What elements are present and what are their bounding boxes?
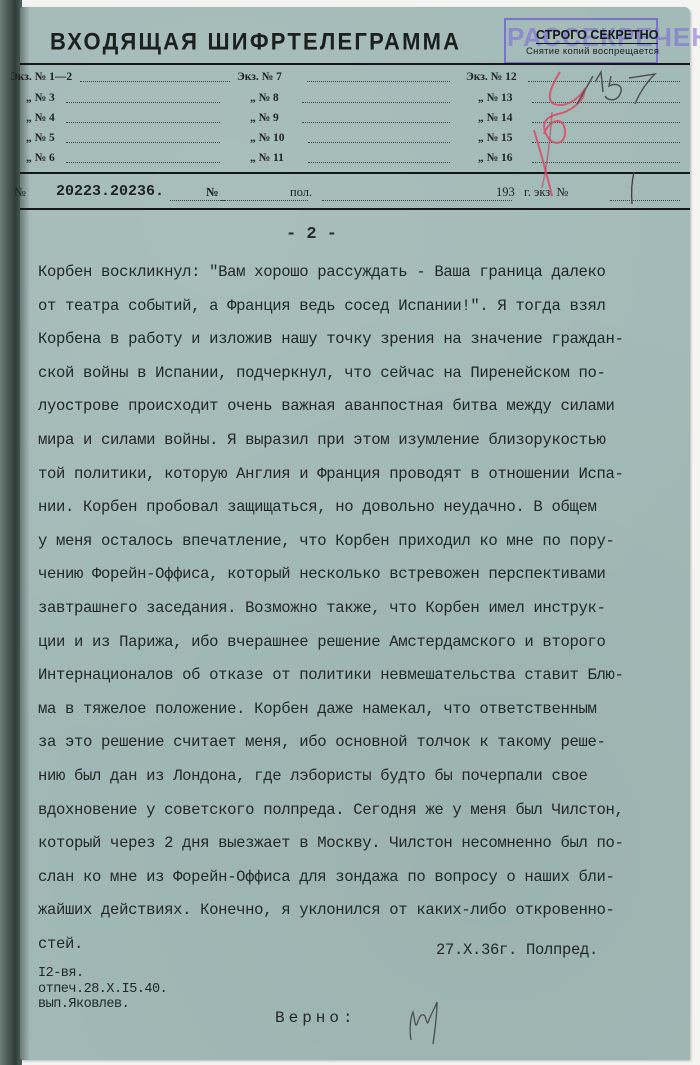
- body-line: нии. Корбен пробовал защищаться, но дово…: [38, 491, 698, 525]
- handwritten-initials: [405, 998, 447, 1046]
- body-line: Интернационалов об отказе от политики не…: [38, 659, 698, 693]
- copy-row: Экз. № 1—2: [10, 71, 220, 87]
- copy-notice: Снятие копий воспрещается: [526, 46, 659, 57]
- copy-row: „ № 8: [250, 92, 450, 108]
- registration-number: 20223.20236.: [56, 183, 164, 200]
- dotted-line: [302, 122, 450, 123]
- dotted-line: [307, 81, 450, 82]
- copy-row: „ № 5: [26, 132, 220, 148]
- body-line: Корбен воскликнул: "Вам хорошо рассуждат…: [38, 256, 698, 290]
- body-line: ма в тяжелое положение. Корбен даже наме…: [38, 693, 698, 727]
- body-line: завтрашнего заседания. Возможно также, ч…: [38, 592, 698, 626]
- body-line: луострове происходит очень важная аванпо…: [38, 390, 698, 424]
- footer-notes: I2-вя. отпеч.28.X.I5.40. вып.Яковлев.: [38, 966, 167, 1013]
- copy-row: „ № 6: [26, 152, 220, 168]
- body-line: мира и силами войны. Я выразил при этом …: [38, 424, 698, 458]
- copy-row: „ № 9: [250, 112, 450, 128]
- body-line: у меня осталось впечатление, что Корбен …: [38, 525, 698, 559]
- date-signature: 27.X.36г. Полпред.: [436, 941, 598, 959]
- page-number: - 2 -: [286, 225, 337, 244]
- footer-note: I2-вя.: [38, 966, 167, 982]
- body-line: вдохновение у советского полпреда. Сегод…: [38, 794, 698, 828]
- binder-spine: [0, 0, 22, 1065]
- body-line: стей.: [38, 928, 698, 962]
- header-rule: [20, 63, 690, 65]
- dotted-line: [80, 81, 230, 82]
- body-line: от театра событий, а Франция ведь сосед …: [38, 290, 698, 324]
- copy-row: Экз. № 7: [237, 71, 450, 87]
- body-line: слан ко мне из Форейн-Оффиса для зондажа…: [38, 861, 698, 895]
- dotted-line: [66, 142, 220, 143]
- classification-label: СТРОГО СЕКРЕТНО: [536, 28, 658, 44]
- dotted-line: [66, 162, 220, 163]
- dotted-line: [302, 102, 450, 103]
- dotted-line: [66, 102, 220, 103]
- body-line: жайших действиях. Конечно, я уклонился о…: [38, 894, 698, 928]
- body-line: нию был дан из Лондона, где лэбористы бу…: [38, 760, 698, 794]
- body-line: ции и из Парижа, ибо вчерашнее решение А…: [38, 626, 698, 660]
- copy-row: „ № 3: [26, 92, 220, 108]
- dotted-line: [308, 162, 450, 163]
- copy-row: „ № 11: [250, 152, 450, 168]
- body-line: Корбена в работу и изложив нашу точку зр…: [38, 323, 698, 357]
- dotted-line: [610, 200, 680, 201]
- dotted-line: [308, 142, 450, 143]
- copy-row: „ № 4: [26, 112, 220, 128]
- footer-note: вып.Яковлев.: [38, 997, 167, 1013]
- verification-label: Верно:: [275, 1009, 357, 1027]
- body-line: который через 2 дня выезжает в Москву. Ч…: [38, 827, 698, 861]
- handwritten-copy-number: [628, 168, 638, 208]
- received-label: пол.: [290, 185, 312, 200]
- body-line: за это решение считает меня, ибо основно…: [38, 726, 698, 760]
- body-line: чению Форейн-Оффиса, который несколько в…: [38, 558, 698, 592]
- year-label: 193: [496, 185, 515, 200]
- dotted-line: [170, 200, 225, 201]
- number-label: №: [206, 185, 219, 200]
- telegram-body: Корбен воскликнул: "Вам хорошо рассуждат…: [38, 256, 698, 961]
- registration-rule: [20, 208, 690, 210]
- body-line: ской войны в Испании, подчеркнул, что се…: [38, 357, 698, 391]
- registration-prefix: №: [14, 185, 26, 200]
- copy-row: „ № 10: [250, 132, 450, 148]
- pencil-archive-number: [575, 68, 665, 108]
- body-line: той политики, которую Англия и Франция п…: [38, 458, 698, 492]
- dotted-line: [322, 200, 512, 201]
- document-title: ВХОДЯЩАЯ ШИФРТЕЛЕГРАММА: [50, 28, 461, 56]
- dotted-line: [220, 200, 308, 201]
- dotted-line: [66, 122, 220, 123]
- footer-note: отпеч.28.X.I5.40.: [38, 982, 167, 998]
